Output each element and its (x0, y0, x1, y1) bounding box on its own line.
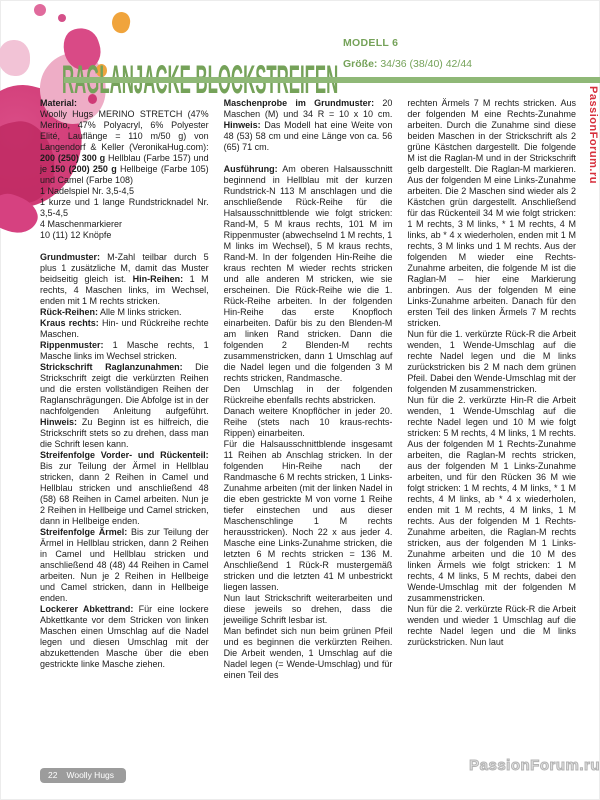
paragraph-text: Woolly Hugs MERINO STRETCH (47% Merino, … (40, 109, 209, 152)
paragraph-lead-in: Grundmuster: (40, 252, 100, 262)
watermark-bottom: PassionForum.ru (469, 757, 600, 774)
page-footer-badge: 22 Woolly Hugs (40, 768, 126, 783)
paragraph-lead-in: Streifenfolge Vorder- und Rückenteil: (40, 450, 209, 460)
splash-dot-icon (110, 10, 132, 34)
paragraph-text: Danach weitere Knopflöcher in jeder 20. … (224, 406, 393, 438)
paragraph-lead-in: 150 (200) 250 g (50, 164, 116, 174)
paragraph: rechten Ärmels 7 M rechts stricken. Aus … (407, 98, 576, 329)
paragraph-lead-in: Ausführung: (224, 164, 278, 174)
paragraph-lead-in: Maschenprobe im Grundmuster: (224, 98, 374, 108)
paragraph-lead-in: Material: (40, 98, 77, 108)
paragraph: Woolly Hugs MERINO STRETCH (47% Merino, … (40, 109, 209, 186)
paragraph-lead-in: Lockerer Abkettrand: (40, 604, 133, 614)
paragraph: Lockerer Abkettrand: Für eine lockere Ab… (40, 604, 209, 670)
paragraph-text: 10 (11) 12 Knöpfe (40, 230, 111, 240)
splash-blob-icon (0, 40, 30, 76)
paragraph: Streifenfolge Ärmel: Bis zur Teilung der… (40, 527, 209, 604)
paragraph-text: Für die Halsausschnittblende insgesamt 1… (224, 439, 393, 592)
size-line: Größe: 34/36 (38/40) 42/44 (343, 58, 472, 70)
paragraph: Man befindet sich nun beim grünen Pfeil … (224, 626, 393, 681)
watermark-vertical: PassionForum.ru (587, 86, 599, 184)
paragraph-text: Bis zur Teilung der Ärmel in Hellblau st… (40, 461, 209, 526)
splash-dot-icon (58, 14, 66, 22)
brand-name: Woolly Hugs (66, 768, 114, 783)
article-body: Material:Woolly Hugs MERINO STRETCH (47%… (40, 98, 576, 681)
column-2: Maschenprobe im Grundmuster: 20 Maschen … (224, 98, 393, 681)
paragraph: Material: (40, 98, 209, 109)
paragraph: Nun laut Strickschrift weiterarbeiten un… (224, 593, 393, 626)
paragraph-text: rechten Ärmels 7 M rechts stricken. Aus … (407, 98, 576, 328)
column-3: rechten Ärmels 7 M rechts stricken. Aus … (407, 98, 576, 681)
paragraph-text: Nun laut Strickschrift weiterarbeiten un… (224, 593, 393, 625)
model-info: MODELL 6 Größe: 34/36 (38/40) 42/44 (343, 37, 472, 70)
size-label: Größe: (343, 58, 377, 70)
page-number: 22 (48, 768, 57, 783)
paragraph-text: Den Umschlag in der folgenden Rückreihe … (224, 384, 393, 405)
paragraph-text: Man befindet sich nun beim grünen Pfeil … (224, 626, 393, 680)
paragraph-lead-in: Rippenmuster: (40, 340, 104, 350)
paragraph: Grundmuster: M-Zahl teilbar durch 5 plus… (40, 252, 209, 307)
paragraph-lead-in: Strickschrift Raglanzunahmen: (40, 362, 183, 372)
paragraph-lead-in: Streifenfolge Ärmel: (40, 527, 127, 537)
paragraph-lead-in: Hinweis: (224, 120, 261, 130)
paragraph-lead-in: Hinweis: (40, 417, 77, 427)
paragraph: Nun für die 2. verkürzte Hin-R die Arbei… (407, 395, 576, 604)
paragraph-text: Nun für die 2. verkürzte Rück-R die Arbe… (407, 604, 576, 647)
paragraph-lead-in: Hin-Reihen: (133, 274, 184, 284)
paragraph-lead-in: Kraus rechts: (40, 318, 99, 328)
paragraph: 1 kurze und 1 lange Rundstricknadel Nr. … (40, 197, 209, 219)
paragraph: Kraus rechts: Hin- und Rückreihe rechte … (40, 318, 209, 340)
paragraph: 10 (11) 12 Knöpfe (40, 230, 209, 241)
header-divider (64, 77, 600, 83)
paragraph: Rück-Reihen: Alle M links stricken. (40, 307, 209, 318)
paragraph: 1 Nadelspiel Nr. 3,5-4,5 (40, 186, 209, 197)
paragraph: Ausführung: Am oberen Halsausschnitt beg… (224, 164, 393, 384)
splash-dot-icon (34, 4, 46, 16)
paragraph: 4 Maschenmarkierer (40, 219, 209, 230)
paragraph: Nun für die 1. verkürzte Rück-R die Arbe… (407, 329, 576, 395)
column-1: Material:Woolly Hugs MERINO STRETCH (47%… (40, 98, 209, 681)
paragraph-text: Nun für die 1. verkürzte Rück-R die Arbe… (407, 329, 576, 394)
paragraph-lead-in: 200 (250) 300 g (40, 153, 105, 163)
paragraph: Den Umschlag in der folgenden Rückreihe … (224, 384, 393, 406)
paragraph-text: 1 Nadelspiel Nr. 3,5-4,5 (40, 186, 134, 196)
paragraph-text: Bis zur Teilung der Ärmel in Hellblau st… (40, 527, 209, 603)
paragraph-text: Alle M links stricken. (98, 307, 182, 317)
magazine-page: RAGLANJACKE BLOCKSTREIFEN MODELL 6 Größe… (0, 0, 600, 800)
paragraph-lead-in: Rück-Reihen: (40, 307, 98, 317)
paragraph: Streifenfolge Vorder- und Rückenteil: Bi… (40, 450, 209, 527)
splash-blob-icon (0, 189, 43, 239)
paragraph: Strickschrift Raglanzunahmen: Die Strick… (40, 362, 209, 450)
paragraph: Nun für die 2. verkürzte Rück-R die Arbe… (407, 604, 576, 648)
size-value: 34/36 (38/40) 42/44 (380, 58, 472, 70)
paragraph: Rippenmuster: 1 Masche rechts, 1 Masche … (40, 340, 209, 362)
paragraph: Maschenprobe im Grundmuster: 20 Maschen … (224, 98, 393, 153)
paragraph-text: 4 Maschenmarkierer (40, 219, 122, 229)
paragraph: Für die Halsausschnittblende insgesamt 1… (224, 439, 393, 593)
paragraph-text: Am oberen Halsausschnitt beginnend in He… (224, 164, 393, 383)
paragraph-text: Nun für die 2. verkürzte Hin-R die Arbei… (407, 395, 576, 603)
paragraph: Danach weitere Knopflöcher in jeder 20. … (224, 406, 393, 439)
model-number: MODELL 6 (343, 37, 472, 49)
paragraph-text: 1 kurze und 1 lange Rundstricknadel Nr. … (40, 197, 209, 218)
